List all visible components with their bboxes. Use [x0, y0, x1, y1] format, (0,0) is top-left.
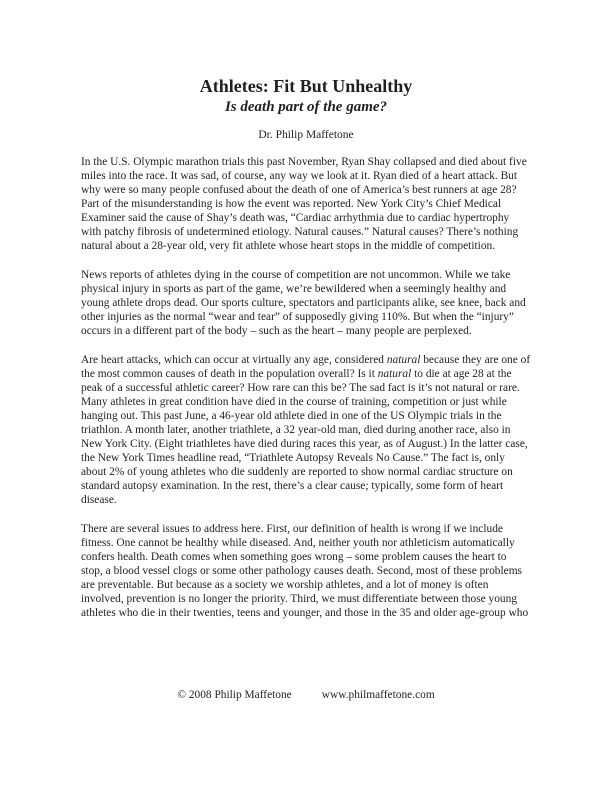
website-link[interactable]: www.philmaffetone.com — [322, 688, 435, 702]
text-run: Are heart attacks, which can occur at vi… — [81, 354, 387, 366]
paragraph-4: There are several issues to address here… — [81, 522, 531, 620]
document-body: In the U.S. Olympic marathon trials this… — [81, 155, 531, 620]
text-run: In the U.S. Olympic marathon trials this… — [81, 156, 527, 252]
text-run: News reports of athletes dying in the co… — [81, 269, 526, 337]
document-author: Dr. Philip Maffetone — [81, 128, 531, 142]
document-title: Athletes: Fit But Unhealthy — [81, 76, 531, 97]
text-run: There are several issues to address here… — [81, 523, 528, 619]
emphasized-text: natural — [387, 354, 421, 366]
paragraph-3: Are heart attacks, which can occur at vi… — [81, 353, 531, 507]
text-run: to die at age 28 at the peak of a succes… — [81, 368, 528, 506]
copyright-text: © 2008 Philip Maffetone — [177, 688, 291, 702]
paragraph-2: News reports of athletes dying in the co… — [81, 268, 531, 338]
document-subtitle: Is death part of the game? — [81, 98, 531, 116]
document-page: Athletes: Fit But Unhealthy Is death par… — [0, 0, 612, 792]
page-footer: © 2008 Philip Maffetone www.philmaffeton… — [0, 688, 612, 702]
emphasized-text: natural — [378, 368, 412, 380]
paragraph-1: In the U.S. Olympic marathon trials this… — [81, 155, 531, 253]
